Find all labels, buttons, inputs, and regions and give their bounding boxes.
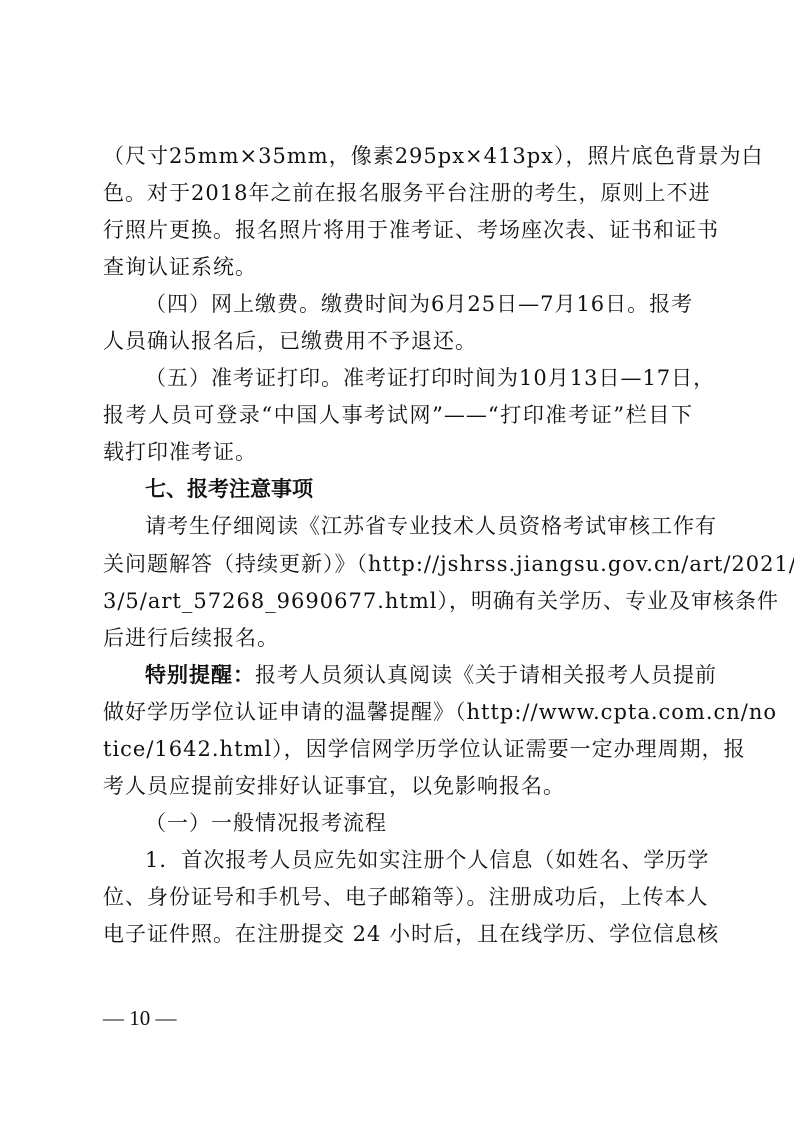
text-line: 考人员应提前安排好认证事宜，以免影响报名。 bbox=[103, 768, 693, 805]
text-line: 做好学历学位认证申请的温馨提醒》（http://www.cpta.com.cn/… bbox=[103, 694, 693, 731]
paragraph-admission-ticket: （五）准考证打印。准考证打印时间为10月13日—17日， bbox=[103, 360, 693, 397]
text-line: 报考人员可登录“中国人事考试网”——“打印准考证”栏目下 bbox=[103, 397, 693, 434]
section-heading: 七、报考注意事项 bbox=[103, 471, 693, 508]
text-line: （尺寸25mm×35mm，像素295px×413px），照片底色背景为白 bbox=[103, 138, 693, 175]
text-line: 请考生仔细阅读《江苏省专业技术人员资格考试审核工作有 bbox=[103, 508, 693, 545]
text-line: 后进行后续报名。 bbox=[103, 620, 693, 657]
page-number: — 10 — bbox=[103, 1006, 177, 1031]
text-line: 行照片更换。报名照片将用于准考证、考场座次表、证书和证书 bbox=[103, 212, 693, 249]
list-item-1: 1．首次报考人员应先如实注册个人信息（如姓名、学历学 bbox=[103, 842, 693, 879]
text-line: 人员确认报名后，已缴费用不予退还。 bbox=[103, 323, 693, 360]
text-line: 查询认证系统。 bbox=[103, 249, 693, 286]
paragraph-online-payment: （四）网上缴费。缴费时间为6月25日—7月16日。报考 bbox=[103, 286, 693, 323]
text-line: 3/5/art_57268_9690677.html），明确有关学历、专业及审核… bbox=[103, 583, 693, 620]
text-line: 关问题解答（持续更新）》（http://jshrss.jiangsu.gov.c… bbox=[103, 546, 693, 583]
document-page: （尺寸25mm×35mm，像素295px×413px），照片底色背景为白 色。对… bbox=[103, 138, 693, 953]
text-line: tice/1642.html），因学信网学历学位认证需要一定办理周期，报 bbox=[103, 731, 693, 768]
special-notice-text: 报考人员须认真阅读《关于请相关报考人员提前 bbox=[255, 663, 717, 687]
special-notice-line: 特别提醒：报考人员须认真阅读《关于请相关报考人员提前 bbox=[103, 657, 693, 694]
text-line: 位、身份证号和手机号、电子邮箱等）。注册成功后，上传本人 bbox=[103, 879, 693, 916]
text-line: 电子证件照。在注册提交 24 小时后，且在线学历、学位信息核 bbox=[103, 916, 693, 953]
special-notice-label: 特别提醒： bbox=[145, 663, 255, 687]
subsection-heading: （一）一般情况报考流程 bbox=[103, 805, 693, 842]
text-line: 色。对于2018年之前在报名服务平台注册的考生，原则上不进 bbox=[103, 175, 693, 212]
text-line: 载打印准考证。 bbox=[103, 434, 693, 471]
